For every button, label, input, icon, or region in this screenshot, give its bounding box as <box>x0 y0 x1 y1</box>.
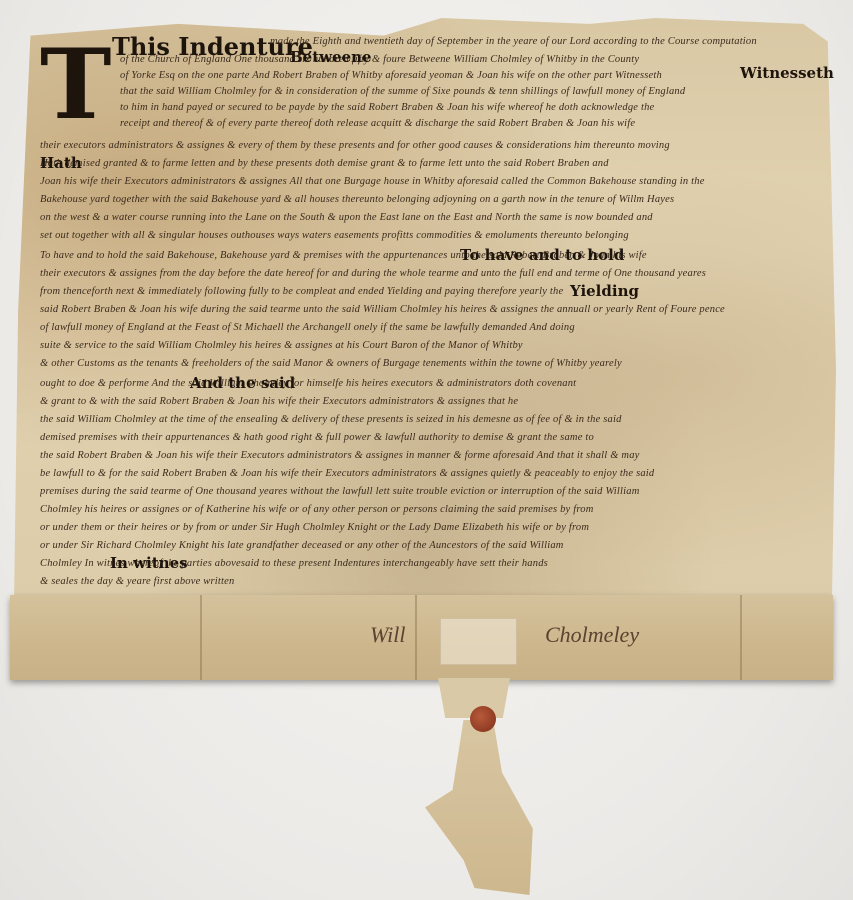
fold-crease <box>415 595 417 680</box>
text-line: of lawfull money of England at the Feast… <box>40 322 830 333</box>
fold-crease <box>740 595 742 680</box>
text-line: of the Church of England One thousand si… <box>120 54 830 65</box>
text-line: the said William Cholmley at the time of… <box>40 414 830 425</box>
text-line: Cholmley his heires or assignes or of Ka… <box>40 504 830 515</box>
text-line: set out together with all & singular hou… <box>40 230 830 241</box>
keyword-in-witnes: In witnes <box>110 554 188 572</box>
folded-bottom-flap <box>10 595 833 680</box>
text-line: to him in hand payed or secured to be pa… <box>120 102 830 113</box>
text-line: their executors administrators & assigne… <box>40 140 830 151</box>
text-line: the said Robert Braben & Joan his wife t… <box>40 450 830 461</box>
text-line: their executors & assignes from the day … <box>40 268 830 279</box>
deed-text: T This Indenture made the Eighth and twe… <box>40 30 830 600</box>
keyword-betweene: Betweene <box>290 48 372 66</box>
wax-seal <box>470 706 496 732</box>
text-line: from thenceforth next & immediately foll… <box>40 286 830 297</box>
text-line: Hath demised granted & to farme letten a… <box>40 158 830 169</box>
fold-crease <box>200 595 202 680</box>
text-line: on the west & a water course running int… <box>40 212 830 223</box>
text-line: & other Customs as the tenants & freehol… <box>40 358 830 369</box>
keyword-witnesseth: Witnesseth <box>740 64 834 82</box>
keyword-hath: Hath <box>40 154 82 172</box>
text-line: be lawfull to & for the said Robert Brab… <box>40 468 830 479</box>
text-line: said Robert Braben & Joan his wife durin… <box>40 304 830 315</box>
text-line: premises during the said tearme of One t… <box>40 486 830 497</box>
text-line: of Yorke Esq on the one parte And Robert… <box>120 70 830 81</box>
paper-patch <box>440 618 517 665</box>
text-line: or under Sir Richard Cholmley Knight his… <box>40 540 830 551</box>
text-line: ought to doe & performe And the said Wil… <box>40 378 830 389</box>
signature-surname: Cholmeley <box>545 622 639 648</box>
text-line: & seales the day & yeare first above wri… <box>40 576 340 587</box>
keyword-and-the-said: And the said <box>190 374 295 392</box>
text-line: To have and to hold the said Bakehouse, … <box>40 250 830 261</box>
signature-given-name: Will <box>370 622 405 648</box>
keyword-to-have-and-to-hold: To have and to hold <box>460 246 624 264</box>
keyword-yielding: Yielding <box>570 282 639 300</box>
text-line: or under them or their heires or by from… <box>40 522 830 533</box>
text-line: Joan his wife their Executors administra… <box>40 176 830 187</box>
text-line: receipt and thereof & of every parte the… <box>120 118 830 129</box>
text-line: & grant to & with the said Robert Braben… <box>40 396 830 407</box>
text-line: that the said William Cholmley for & in … <box>120 86 830 97</box>
text-line: Bakehouse yard together with the said Ba… <box>40 194 830 205</box>
text-line: made the Eighth and twentieth day of Sep… <box>270 36 830 47</box>
text-line: suite & service to the said William Chol… <box>40 340 830 351</box>
text-line: demised premises with their appurtenance… <box>40 432 830 443</box>
